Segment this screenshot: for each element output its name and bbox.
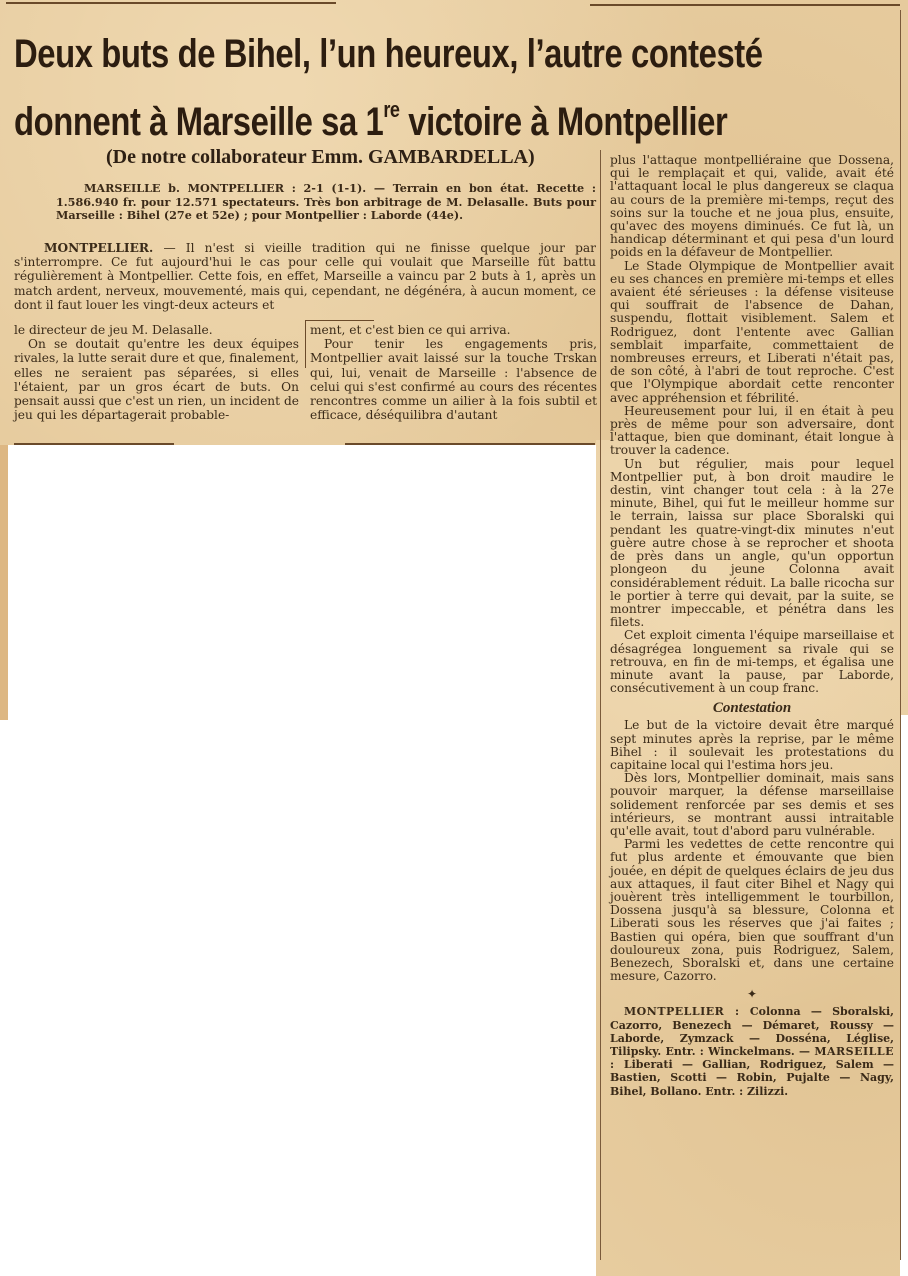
section-subheading: Contestation bbox=[610, 697, 894, 719]
lead-paragraph: MONTPELLIER. — Il n'est si vieille tradi… bbox=[14, 241, 596, 312]
paragraph: le directeur de jeu M. Delasalle. bbox=[14, 323, 299, 337]
headline-line-2-post: victoire à Montpellier bbox=[400, 100, 728, 144]
paragraph: On se doutait qu'entre les deux équipes … bbox=[14, 337, 299, 422]
paragraph: Le Stade Olympique de Montpellier avait … bbox=[610, 260, 894, 405]
team-lineups: MONTPELLIER : Colonna — Sboralski, Cazor… bbox=[610, 1005, 894, 1097]
paragraph: ment, et c'est bien ce qui arriva. bbox=[310, 323, 597, 337]
box-rule-vertical bbox=[305, 320, 306, 368]
top-rule-right bbox=[590, 4, 900, 6]
paragraph: plus l'attaque montpelliéraine que Dosse… bbox=[610, 154, 894, 260]
blank-edge bbox=[900, 715, 908, 1276]
box-rule bbox=[306, 320, 374, 321]
paragraph: Pour tenir les engagements pris, Montpel… bbox=[310, 337, 597, 422]
column-divider bbox=[600, 150, 601, 1260]
bottom-rule-mid bbox=[345, 443, 595, 445]
byline: (De notre collaborateur Emm. GAMBARDELLA… bbox=[106, 146, 535, 169]
headline-superscript: re bbox=[383, 97, 399, 122]
headline: Deux buts de Bihel, l’un heureux, l’autr… bbox=[14, 26, 900, 150]
bottom-rule-left bbox=[14, 443, 174, 445]
lineup-label-montpellier: MONTPELLIER : bbox=[624, 1005, 740, 1018]
clipping-left-edge bbox=[0, 445, 8, 720]
headline-line-2-pre: donnent à Marseille sa 1 bbox=[14, 100, 383, 144]
ornament-icon: ✦ bbox=[610, 983, 894, 1005]
paragraph: Le but de la victoire devait être marqué… bbox=[610, 719, 894, 772]
blank-area bbox=[8, 445, 596, 1276]
headline-line-2: donnent à Marseille sa 1re victoire à Mo… bbox=[14, 82, 900, 150]
match-summary: MARSEILLE b. MONTPELLIER : 2-1 (1-1). — … bbox=[56, 182, 596, 223]
paragraph: Un but régulier, mais pour lequel Montpe… bbox=[610, 458, 894, 630]
dateline: MONTPELLIER. bbox=[44, 241, 153, 255]
paragraph: Dès lors, Montpellier dominait, mais san… bbox=[610, 772, 894, 838]
paragraph: Cet exploit cimenta l'équipe marseillais… bbox=[610, 629, 894, 695]
column-middle: ment, et c'est bien ce qui arriva. Pour … bbox=[310, 323, 597, 422]
paragraph: Parmi les vedettes de cette rencontre qu… bbox=[610, 838, 894, 983]
column-right: plus l'attaque montpelliéraine que Dosse… bbox=[610, 154, 894, 1098]
right-border-rule bbox=[900, 10, 901, 1260]
paragraph: Heureusement pour lui, il en était à peu… bbox=[610, 405, 894, 458]
column-left: le directeur de jeu M. Delasalle. On se … bbox=[14, 323, 299, 422]
lineup-marseille: Liberati — Gallian, Rodriguez, Salem — B… bbox=[610, 1058, 894, 1097]
top-rule-left bbox=[6, 2, 336, 4]
headline-line-1: Deux buts de Bihel, l’un heureux, l’autr… bbox=[14, 26, 900, 82]
